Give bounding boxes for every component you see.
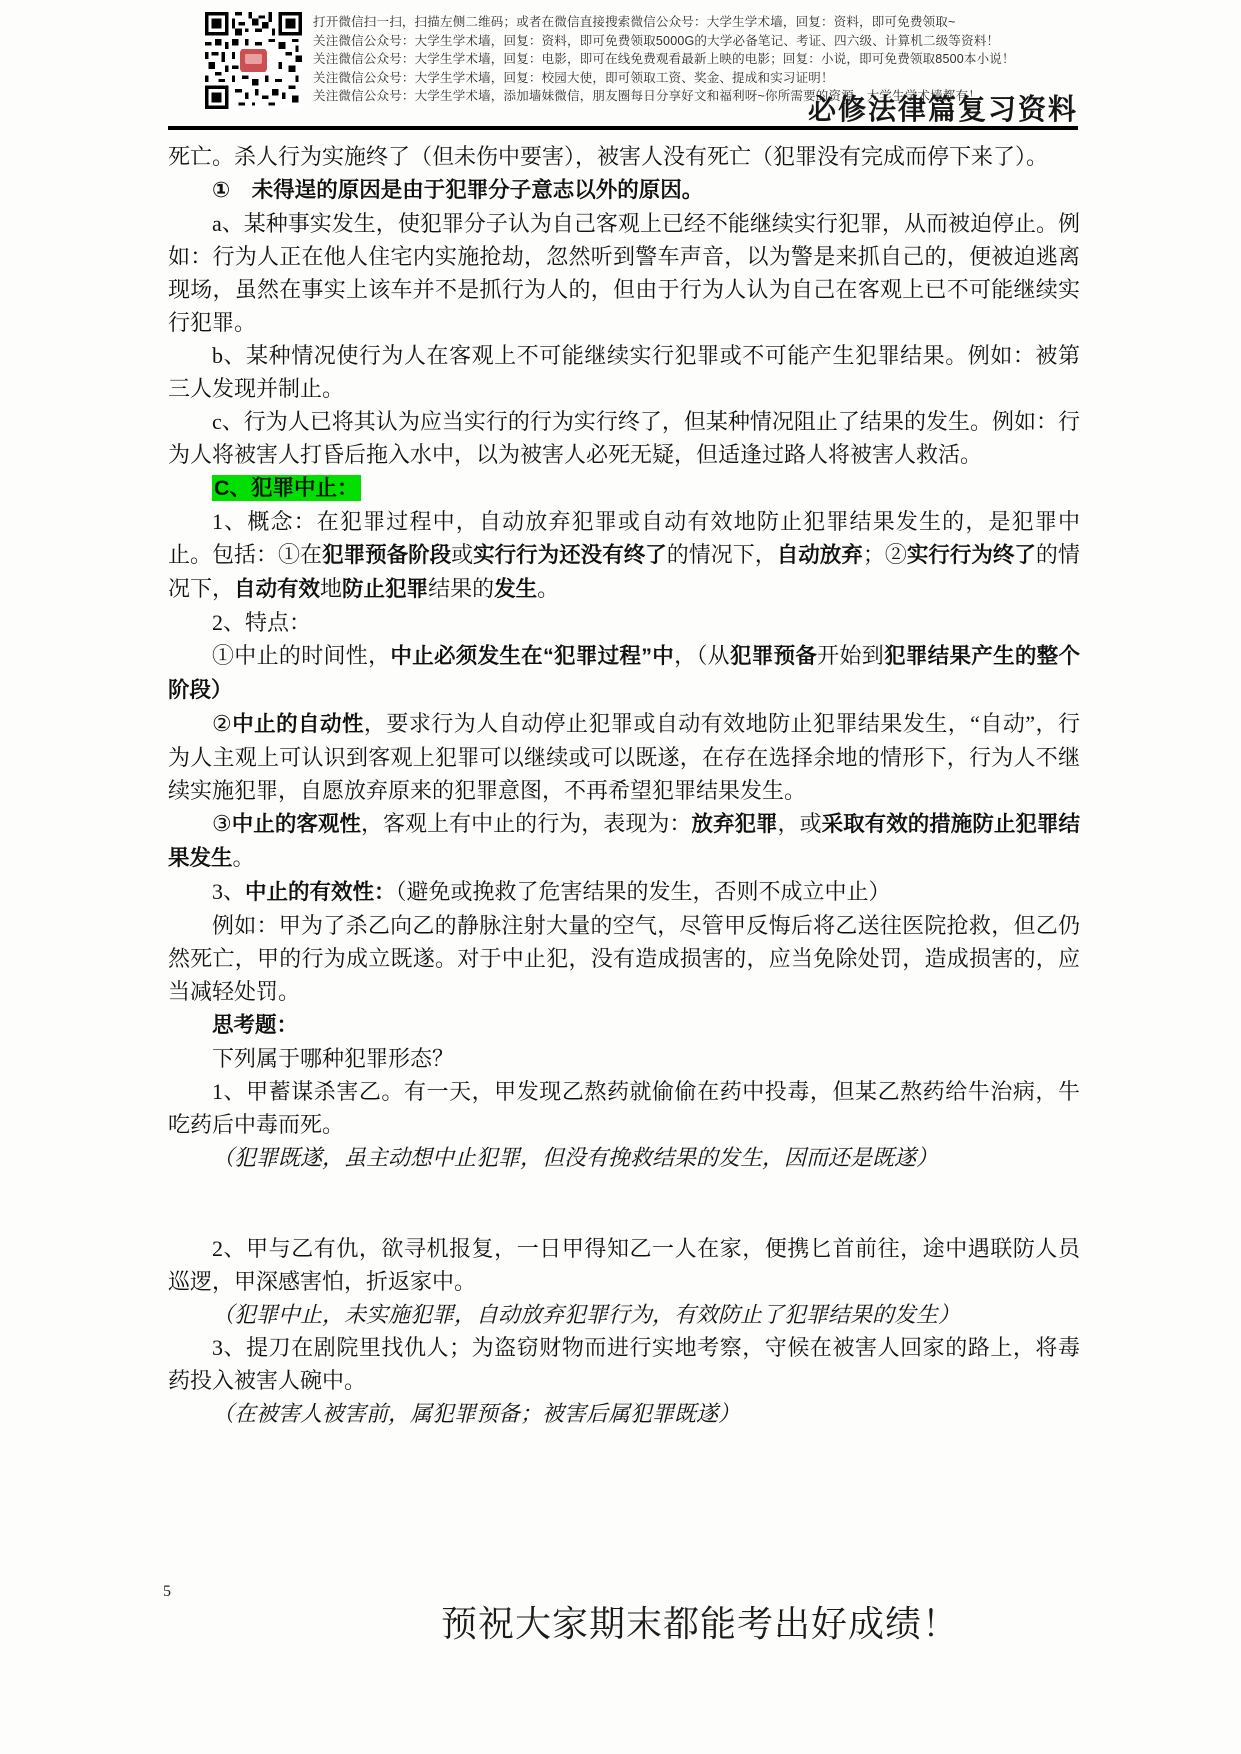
text-run: c、行为人已将其认为应当实行的行为实行终了，但某种情况阻止了结果的发生。例如：行…	[168, 409, 1080, 467]
paragraph: 1、甲蓄谋杀害乙。有一天，甲发现乙熬药就偷偷在药中投毒，但某乙熬药给牛治病，牛吃…	[168, 1075, 1080, 1141]
text-run: ③	[212, 811, 232, 836]
text-run: 思考题：	[212, 1013, 298, 1037]
text-run: 1、甲蓄谋杀害乙。有一天，甲发现乙熬药就偷偷在药中投毒，但某乙熬药给牛治病，牛吃…	[168, 1079, 1080, 1137]
page-number: 5	[163, 1583, 171, 1601]
paragraph: ① 未得逞的原因是由于犯罪分子意志以外的原因。	[168, 173, 1080, 207]
paragraph: ①中止的时间性，中止必须发生在“犯罪过程”中，（从犯罪预备开始到犯罪结果产生的整…	[168, 639, 1080, 707]
text-run: 。	[233, 845, 255, 870]
paragraph-spacer	[168, 1174, 1080, 1232]
paragraph: （犯罪中止，未实施犯罪，自动放弃犯罪行为，有效防止了犯罪结果的发生）	[168, 1298, 1080, 1331]
text-run: 3、	[212, 879, 245, 904]
document-page: 打开微信扫一扫，扫描左侧二维码；或者在微信直接搜索微信公众号：大学生学术墙，回复…	[0, 0, 1241, 1754]
paragraph: ③中止的客观性，客观上有中止的行为，表现为：放弃犯罪，或采取有效的措施防止犯罪结…	[168, 807, 1080, 875]
paragraph: 2、甲与乙有仇，欲寻机报复，一日甲得知乙一人在家，便携匕首前往，途中遇联防人员巡…	[168, 1232, 1080, 1298]
text-run: 结果的	[428, 576, 494, 601]
promo-line: 关注微信公众号：大学生学术墙，回复：校园大使，即可领取工资、奖金、提成和实习证明…	[313, 69, 1133, 88]
paragraph: 例如：甲为了杀乙向乙的静脉注射大量的空气，尽管甲反悔后将乙送往医院抢救，但乙仍然…	[168, 909, 1080, 1008]
paragraph: 1、概念：在犯罪过程中，自动放弃犯罪或自动有效地防止犯罪结果发生的，是犯罪中止。…	[168, 505, 1080, 606]
text-run: 中止必须发生在“犯罪过程”中	[390, 644, 674, 668]
text-run: 犯罪预备阶段	[322, 543, 451, 567]
paragraph: ②中止的自动性，要求行为人自动停止犯罪或自动有效地防止犯罪结果发生，“自动”，行…	[168, 707, 1080, 807]
paragraph: 3、提刀在剧院里找仇人；为盗窃财物而进行实地考察，守候在被害人回家的路上，将毒药…	[168, 1331, 1080, 1397]
text-run: ，（从	[674, 643, 730, 668]
text-run: 犯罪预备	[730, 644, 817, 668]
promo-line: 关注微信公众号：大学生学术墙，回复：电影，即可在线免费观看最新上映的电影；回复：…	[313, 50, 1133, 69]
text-run: （犯罪既遂，虽主动想中止犯罪，但没有挽救结果的发生，因而还是既遂）	[212, 1145, 938, 1170]
text-run: a、某种事实发生，使犯罪分子认为自己客观上已经不能继续实行犯罪，从而被迫停止。例…	[168, 211, 1080, 335]
text-run: 死亡。杀人行为实施终了（但未伤中要害），被害人没有死亡（犯罪没有完成而停下来了）…	[168, 144, 1048, 169]
text-run: 下列属于哪种犯罪形态？	[212, 1046, 454, 1071]
footer-message: 预祝大家期末都能考出好成绩！	[320, 1596, 1080, 1647]
paragraph: 死亡。杀人行为实施终了（但未伤中要害），被害人没有死亡（犯罪没有完成而停下来了）…	[168, 140, 1080, 173]
paragraph: 2、特点：	[168, 606, 1080, 639]
text-run: 自动有效	[234, 577, 320, 601]
text-run: 中止的自动性	[232, 712, 364, 736]
text-run: ，或	[778, 811, 822, 836]
text-run: （在被害人被害前，属犯罪预备；被害后属犯罪既遂）	[212, 1401, 740, 1426]
text-run: 的情况下，	[667, 542, 777, 567]
paragraph: 3、中止的有效性：（避免或挽救了危害结果的发生，否则不成立中止）	[168, 875, 1080, 909]
text-run: （避免或挽救了危害结果的发生，否则不成立中止）	[396, 879, 891, 904]
highlighted-text-run: C、犯罪中止：	[212, 475, 361, 501]
text-run: 例如：甲为了杀乙向乙的静脉注射大量的空气，尽管甲反悔后将乙送往医院抢救，但乙仍然…	[168, 913, 1080, 1004]
text-run: b、某种情况使行为人在客观上不可能继续实行犯罪或不可能产生犯罪结果。例如：被第三…	[168, 343, 1080, 401]
paragraph: a、某种事实发生，使犯罪分子认为自己客观上已经不能继续实行犯罪，从而被迫停止。例…	[168, 207, 1080, 339]
paragraph: （在被害人被害前，属犯罪预备；被害后属犯罪既遂）	[168, 1397, 1080, 1430]
paragraph: 下列属于哪种犯罪形态？	[168, 1042, 1080, 1075]
document-body: 死亡。杀人行为实施终了（但未伤中要害），被害人没有死亡（犯罪没有完成而停下来了）…	[168, 140, 1080, 1430]
text-run: 或	[451, 542, 473, 567]
header-divider	[168, 126, 1078, 130]
text-run: 开始到	[817, 643, 884, 668]
text-run: 。	[537, 576, 559, 601]
text-run: （犯罪中止，未实施犯罪，自动放弃犯罪行为，有效防止了犯罪结果的发生）	[212, 1302, 960, 1327]
text-run: 中止的有效性：	[245, 880, 396, 904]
text-run: ，客观上有中止的行为，表现为：	[361, 811, 691, 836]
paragraph: b、某种情况使行为人在客观上不可能继续实行犯罪或不可能产生犯罪结果。例如：被第三…	[168, 339, 1080, 405]
text-run: 防止犯罪	[342, 577, 428, 601]
text-run: 自动放弃	[777, 543, 863, 567]
text-run: ①中止的时间性，	[212, 643, 390, 668]
paragraph: C、犯罪中止：	[168, 471, 1080, 505]
promo-line: 关注微信公众号：大学生学术墙，回复：资料，即可免费领取5000G的大学必备笔记、…	[313, 32, 1133, 51]
text-run: 实行行为还没有终了	[473, 543, 667, 567]
watermark-title: 必修法律篇复习资料	[808, 88, 1078, 129]
text-run: ②	[212, 711, 232, 736]
text-run: 发生	[494, 577, 537, 601]
text-run: 放弃犯罪	[691, 812, 777, 836]
promo-line: 打开微信扫一扫，扫描左侧二维码；或者在微信直接搜索微信公众号：大学生学术墙，回复…	[313, 13, 1133, 32]
text-run: 2、特点：	[212, 610, 311, 635]
text-run: 中止的客观性	[232, 812, 361, 836]
text-run: 地	[320, 576, 342, 601]
paragraph: 思考题：	[168, 1008, 1080, 1042]
text-run: ① 未得逞的原因是由于犯罪分子意志以外的原因。	[212, 178, 703, 202]
qr-code-icon	[205, 12, 302, 109]
paragraph: c、行为人已将其认为应当实行的行为实行终了，但某种情况阻止了结果的发生。例如：行…	[168, 405, 1080, 471]
text-run: 3、提刀在剧院里找仇人；为盗窃财物而进行实地考察，守候在被害人回家的路上，将毒药…	[168, 1335, 1080, 1393]
text-run: 2、甲与乙有仇，欲寻机报复，一日甲得知乙一人在家，便携匕首前往，途中遇联防人员巡…	[168, 1236, 1080, 1294]
text-run: 实行行为终了	[907, 543, 1036, 567]
text-run: ；②	[863, 542, 907, 567]
paragraph: （犯罪既遂，虽主动想中止犯罪，但没有挽救结果的发生，因而还是既遂）	[168, 1141, 1080, 1174]
